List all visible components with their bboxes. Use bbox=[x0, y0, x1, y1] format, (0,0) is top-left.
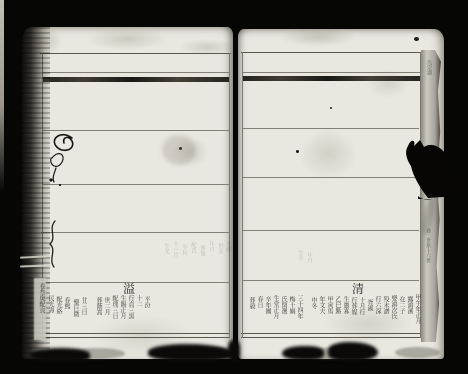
entry-column: 卷叁奥配良 bbox=[38, 283, 45, 313]
entry-column: 聖巨微 bbox=[72, 299, 79, 317]
entry-column: 生賜正月 bbox=[119, 295, 126, 319]
ruled-line bbox=[42, 72, 230, 73]
ruled-line bbox=[243, 72, 420, 73]
header-band bbox=[42, 77, 230, 82]
ruled-line bbox=[241, 52, 421, 53]
gutter-shadow bbox=[228, 340, 240, 362]
entry-column: 十月行 bbox=[358, 297, 365, 315]
entry-column: 露鴻溪 bbox=[406, 296, 413, 314]
entry-column: 娶鴻次氏 bbox=[390, 295, 397, 319]
bleedthrough-column: 生光 bbox=[162, 243, 169, 254]
ruled-line bbox=[241, 337, 420, 338]
ruled-line bbox=[41, 232, 229, 233]
entry-column: 甲午年正月 bbox=[414, 294, 421, 324]
bleedthrough-column: 十一月 bbox=[171, 241, 178, 258]
frame-border-right bbox=[229, 53, 230, 338]
entry-column: 乙巳點 bbox=[334, 296, 341, 314]
entry-column: 行葬媒 bbox=[350, 297, 357, 315]
entry-column: 梅十媧 bbox=[288, 296, 295, 314]
stain bbox=[162, 135, 196, 165]
bleedthrough-column: 生卒 bbox=[296, 250, 303, 261]
entry-column: 民光壽 bbox=[47, 295, 54, 313]
thread-curl bbox=[46, 220, 60, 268]
entry-column: 配理三日 bbox=[111, 295, 118, 319]
entry-column: 生愚寡 bbox=[342, 296, 349, 314]
finger-blob bbox=[398, 126, 462, 200]
ink-dot bbox=[296, 150, 299, 153]
ruled-line bbox=[242, 177, 419, 178]
bottom-shadow-blob bbox=[30, 348, 90, 362]
ruled-line bbox=[243, 128, 419, 129]
entry-column: 行六深 bbox=[374, 296, 381, 314]
entry-column: 生堂正月 bbox=[272, 295, 279, 319]
entry-column: 在二子 bbox=[398, 296, 405, 314]
bleedthrough-column: 光緒 bbox=[224, 241, 231, 252]
bleedthrough-column: 配氏 bbox=[189, 242, 196, 253]
entry-column: 十二 bbox=[135, 295, 142, 307]
entry-column: 胥淑 bbox=[366, 299, 373, 311]
entry-column: 申冬 bbox=[310, 297, 317, 309]
entry-column: 三十四年 bbox=[296, 295, 303, 319]
entry-column: 甘三日 bbox=[80, 297, 87, 315]
bottom-shadow-blob bbox=[148, 344, 233, 361]
ink-scribble bbox=[42, 128, 94, 190]
ruled-line bbox=[40, 337, 230, 338]
ink-dot bbox=[330, 107, 332, 109]
entry-column: 甲寅馬 bbox=[326, 296, 333, 314]
book-left-edge-highlight bbox=[0, 0, 4, 192]
ruled-line bbox=[242, 230, 419, 231]
entry-column: 世二月 bbox=[103, 297, 110, 315]
ruled-line bbox=[40, 53, 231, 54]
entry-column: 春日 bbox=[256, 296, 263, 308]
ruled-line bbox=[241, 333, 420, 334]
entry-column: 配光絡 bbox=[55, 296, 62, 314]
bottom-mottle bbox=[395, 347, 440, 358]
bottom-shadow-blob bbox=[328, 342, 378, 361]
section-title-char: 溢 bbox=[123, 283, 135, 295]
ink-dot bbox=[414, 37, 419, 41]
frame-border-left bbox=[242, 52, 243, 338]
entry-column: 行貞三黑 bbox=[127, 295, 134, 319]
bleedthrough-column: 年月 bbox=[305, 252, 312, 263]
left-page: 溢 平汾 十二 行貞三黑 生賜正月 配理三日 世二月 葬蔭嵩 甘三日 聖巨微 春… bbox=[22, 27, 233, 359]
section-title-char: 清 bbox=[352, 283, 364, 295]
bleedthrough-column: 年月 bbox=[207, 241, 214, 252]
entry-column: 年文夫 bbox=[318, 296, 325, 314]
ruled-line bbox=[242, 280, 419, 281]
entry-column: 卒年團 bbox=[264, 296, 271, 314]
bottom-shadow-blob bbox=[282, 346, 324, 360]
header-band bbox=[243, 76, 420, 81]
entry-column: 氏閏選 bbox=[280, 296, 287, 314]
entry-column: 葬蔭嵩 bbox=[95, 297, 102, 315]
entry-column: 葬毅 bbox=[248, 297, 255, 309]
entry-column: 平汾 bbox=[143, 296, 150, 308]
bleedthrough-column: 卒民 bbox=[180, 244, 187, 255]
bleedthrough-column: 葬嶺 bbox=[198, 245, 205, 256]
entry-column: 春熙 bbox=[63, 297, 70, 309]
bleedthrough-column: 世永 bbox=[216, 243, 223, 254]
fore-edge-text-top: 氏宗譜 bbox=[426, 60, 432, 75]
scanned-book-spread: 溢 平汾 十二 行貞三黑 生賜正月 配理三日 世二月 葬蔭嵩 甘三日 聖巨微 春… bbox=[0, 0, 468, 374]
entry-column: 殁未譜 bbox=[382, 296, 389, 314]
ruled-line bbox=[40, 333, 230, 334]
